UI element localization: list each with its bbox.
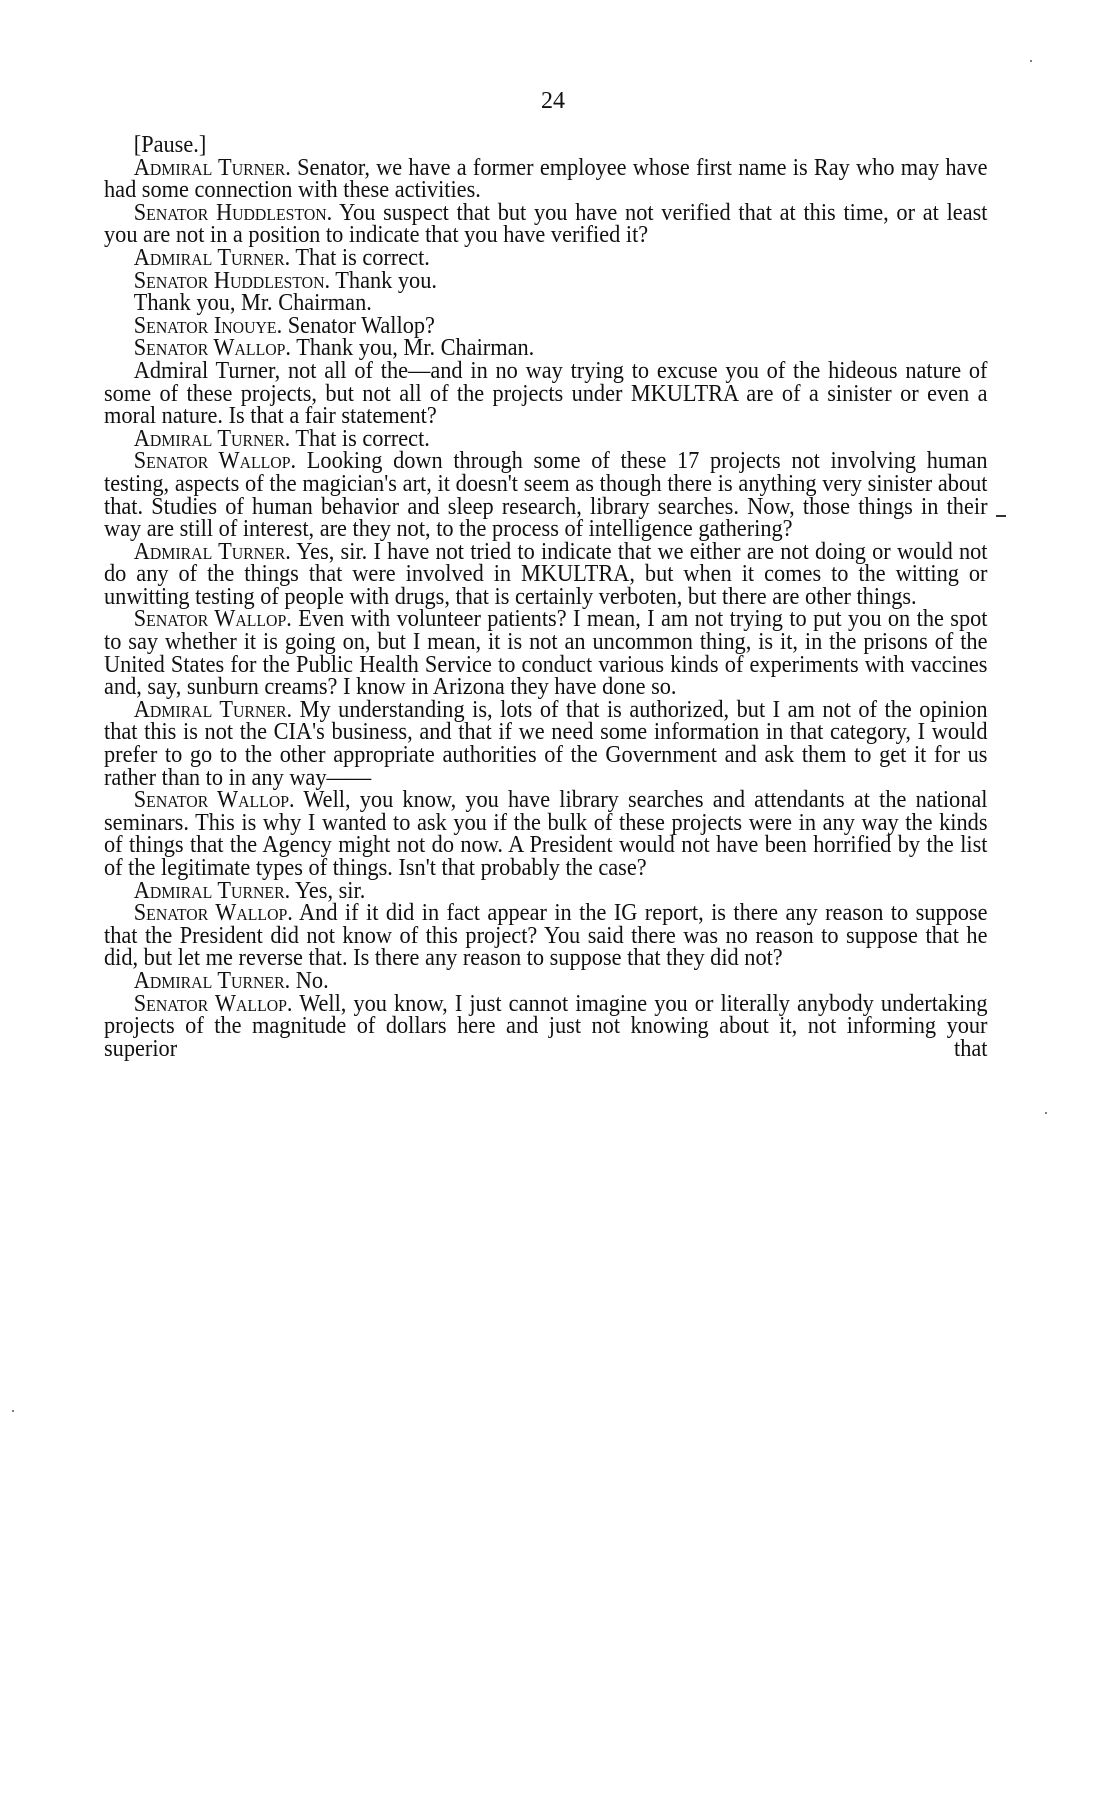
paragraph-wallop: Senator Wallop. And if it did in fact ap… bbox=[104, 902, 988, 970]
paragraph-continuation: Thank you, Mr. Chairman. bbox=[104, 292, 988, 315]
document-page: 24 [Pause.] Admiral Turner. Senator, we … bbox=[0, 0, 1106, 1818]
paragraph-huddleston: Senator Huddleston. You suspect that but… bbox=[104, 202, 988, 247]
paragraph-inouye: Senator Inouye. Senator Wallop? bbox=[104, 315, 988, 338]
paragraph-wallop: Senator Wallop. Well, you know, you have… bbox=[104, 789, 988, 879]
page-number: 24 bbox=[0, 88, 1106, 115]
paragraph-continuation: Admiral Turner, not all of the—and in no… bbox=[104, 360, 988, 428]
paragraph-turner: Admiral Turner. That is correct. bbox=[104, 247, 988, 270]
paragraph-turner: Admiral Turner. That is correct. bbox=[104, 428, 988, 451]
paragraph-turner: Admiral Turner. Yes, sir. I have not tri… bbox=[104, 541, 988, 609]
paragraph-wallop: Senator Wallop. Well, you know, I just c… bbox=[104, 993, 988, 1061]
paragraph-turner: Admiral Turner. Yes, sir. bbox=[104, 880, 988, 903]
paragraph-wallop: Senator Wallop. Thank you, Mr. Chairman. bbox=[104, 337, 988, 360]
paragraph-pause: [Pause.] bbox=[104, 134, 988, 157]
paragraph-turner: Admiral Turner. No. bbox=[104, 970, 988, 993]
scan-speck bbox=[1045, 1112, 1047, 1114]
scan-speck bbox=[12, 1410, 14, 1412]
margin-mark bbox=[996, 515, 1006, 517]
paragraph-turner: Admiral Turner. Senator, we have a forme… bbox=[104, 157, 988, 202]
paragraph-wallop: Senator Wallop. Even with volunteer pati… bbox=[104, 608, 988, 698]
paragraph-turner: Admiral Turner. My understanding is, lot… bbox=[104, 699, 988, 789]
paragraph-huddleston: Senator Huddleston. Thank you. bbox=[104, 270, 988, 293]
paragraph-wallop: Senator Wallop. Looking down through som… bbox=[104, 450, 988, 540]
scan-speck bbox=[1030, 60, 1032, 62]
transcript-body: [Pause.] Admiral Turner. Senator, we hav… bbox=[104, 134, 988, 1060]
